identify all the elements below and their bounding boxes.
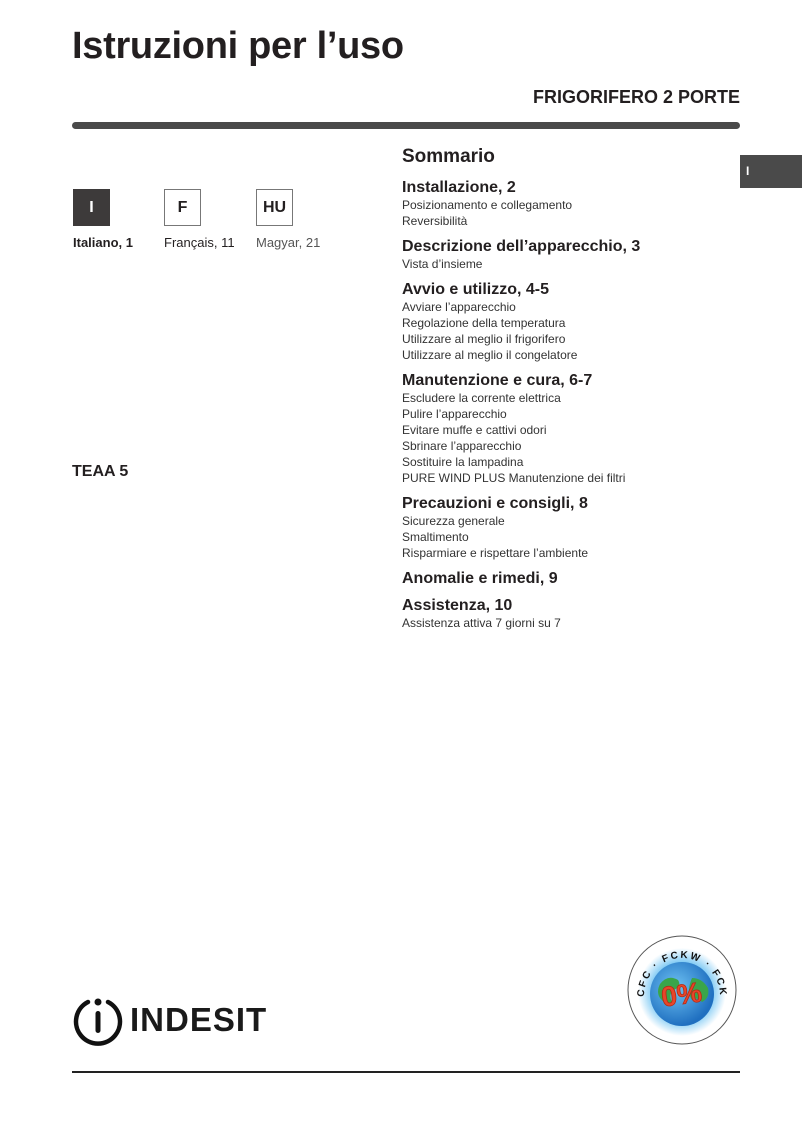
toc-item[interactable]: Avviare l’apparecchio [402, 299, 732, 315]
toc-item[interactable]: Sbrinare l’apparecchio [402, 438, 732, 454]
cfc-free-badge: 0% CFC · FCKW · FCK [626, 934, 738, 1046]
language-side-tab: I [740, 155, 802, 188]
toc-section: Manutenzione e cura, 6-7Escludere la cor… [402, 372, 732, 486]
product-type: FRIGORIFERO 2 PORTE [533, 86, 740, 108]
toc-section-heading[interactable]: Assistenza, 10 [402, 597, 732, 615]
toc-section: Assistenza, 10Assistenza attiva 7 giorni… [402, 597, 732, 631]
side-tab-label: I [746, 164, 749, 178]
toc-section-heading[interactable]: Precauzioni e consigli, 8 [402, 495, 732, 513]
toc-section-heading[interactable]: Avvio e utilizzo, 4-5 [402, 281, 732, 299]
toc-item[interactable]: Evitare muffe e cattivi odori [402, 422, 732, 438]
toc-item[interactable]: Utilizzare al meglio il congelatore [402, 347, 732, 363]
toc-item[interactable]: Smaltimento [402, 529, 732, 545]
toc-item[interactable]: Reversibilità [402, 213, 732, 229]
toc-item[interactable]: Escludere la corrente elettrica [402, 390, 732, 406]
toc-item[interactable]: PURE WIND PLUS Manutenzione dei filtri [402, 470, 732, 486]
toc-item[interactable]: Assistenza attiva 7 giorni su 7 [402, 615, 732, 631]
toc-section: Anomalie e rimedi, 9 [402, 570, 732, 588]
lang-box-french[interactable]: F [164, 189, 201, 226]
toc-item[interactable]: Pulire l’apparecchio [402, 406, 732, 422]
toc-item[interactable]: Utilizzare al meglio il frigorifero [402, 331, 732, 347]
indesit-logo: INDESIT [72, 994, 267, 1046]
brand-name: INDESIT [130, 1001, 267, 1039]
toc-section-heading[interactable]: Anomalie e rimedi, 9 [402, 570, 732, 588]
power-i-icon [72, 994, 124, 1046]
toc-item[interactable]: Sicurezza generale [402, 513, 732, 529]
toc-title: Sommario [402, 145, 732, 169]
toc-section: Installazione, 2Posizionamento e collega… [402, 179, 732, 229]
toc-section: Precauzioni e consigli, 8Sicurezza gener… [402, 495, 732, 561]
toc-item[interactable]: Vista d’insieme [402, 256, 732, 272]
toc-section: Descrizione dell’apparecchio, 3Vista d’i… [402, 238, 732, 272]
toc-section-heading[interactable]: Descrizione dell’apparecchio, 3 [402, 238, 732, 256]
toc-item[interactable]: Sostituire la lampadina [402, 454, 732, 470]
lang-box-italian[interactable]: I [73, 189, 110, 226]
footer-divider [72, 1071, 740, 1073]
toc-section-heading[interactable]: Manutenzione e cura, 6-7 [402, 372, 732, 390]
lang-label-hungarian[interactable]: Magyar, 21 [256, 235, 320, 250]
toc-section-heading[interactable]: Installazione, 2 [402, 179, 732, 197]
toc-item[interactable]: Posizionamento e collegamento [402, 197, 732, 213]
toc-section: Avvio e utilizzo, 4-5Avviare l’apparecch… [402, 281, 732, 363]
table-of-contents: Sommario Installazione, 2Posizionamento … [402, 145, 732, 640]
lang-box-hungarian[interactable]: HU [256, 189, 293, 226]
header-divider [72, 122, 740, 129]
lang-label-french[interactable]: Français, 11 [164, 235, 235, 250]
toc-sections: Installazione, 2Posizionamento e collega… [402, 179, 732, 631]
page-title: Istruzioni per l’uso [72, 22, 404, 70]
model-number: TEAA 5 [72, 463, 128, 481]
lang-label-italian[interactable]: Italiano, 1 [73, 235, 133, 250]
toc-item[interactable]: Risparmiare e rispettare l’ambiente [402, 545, 732, 561]
badge-center-text: 0% [659, 976, 703, 1012]
toc-item[interactable]: Regolazione della temperatura [402, 315, 732, 331]
